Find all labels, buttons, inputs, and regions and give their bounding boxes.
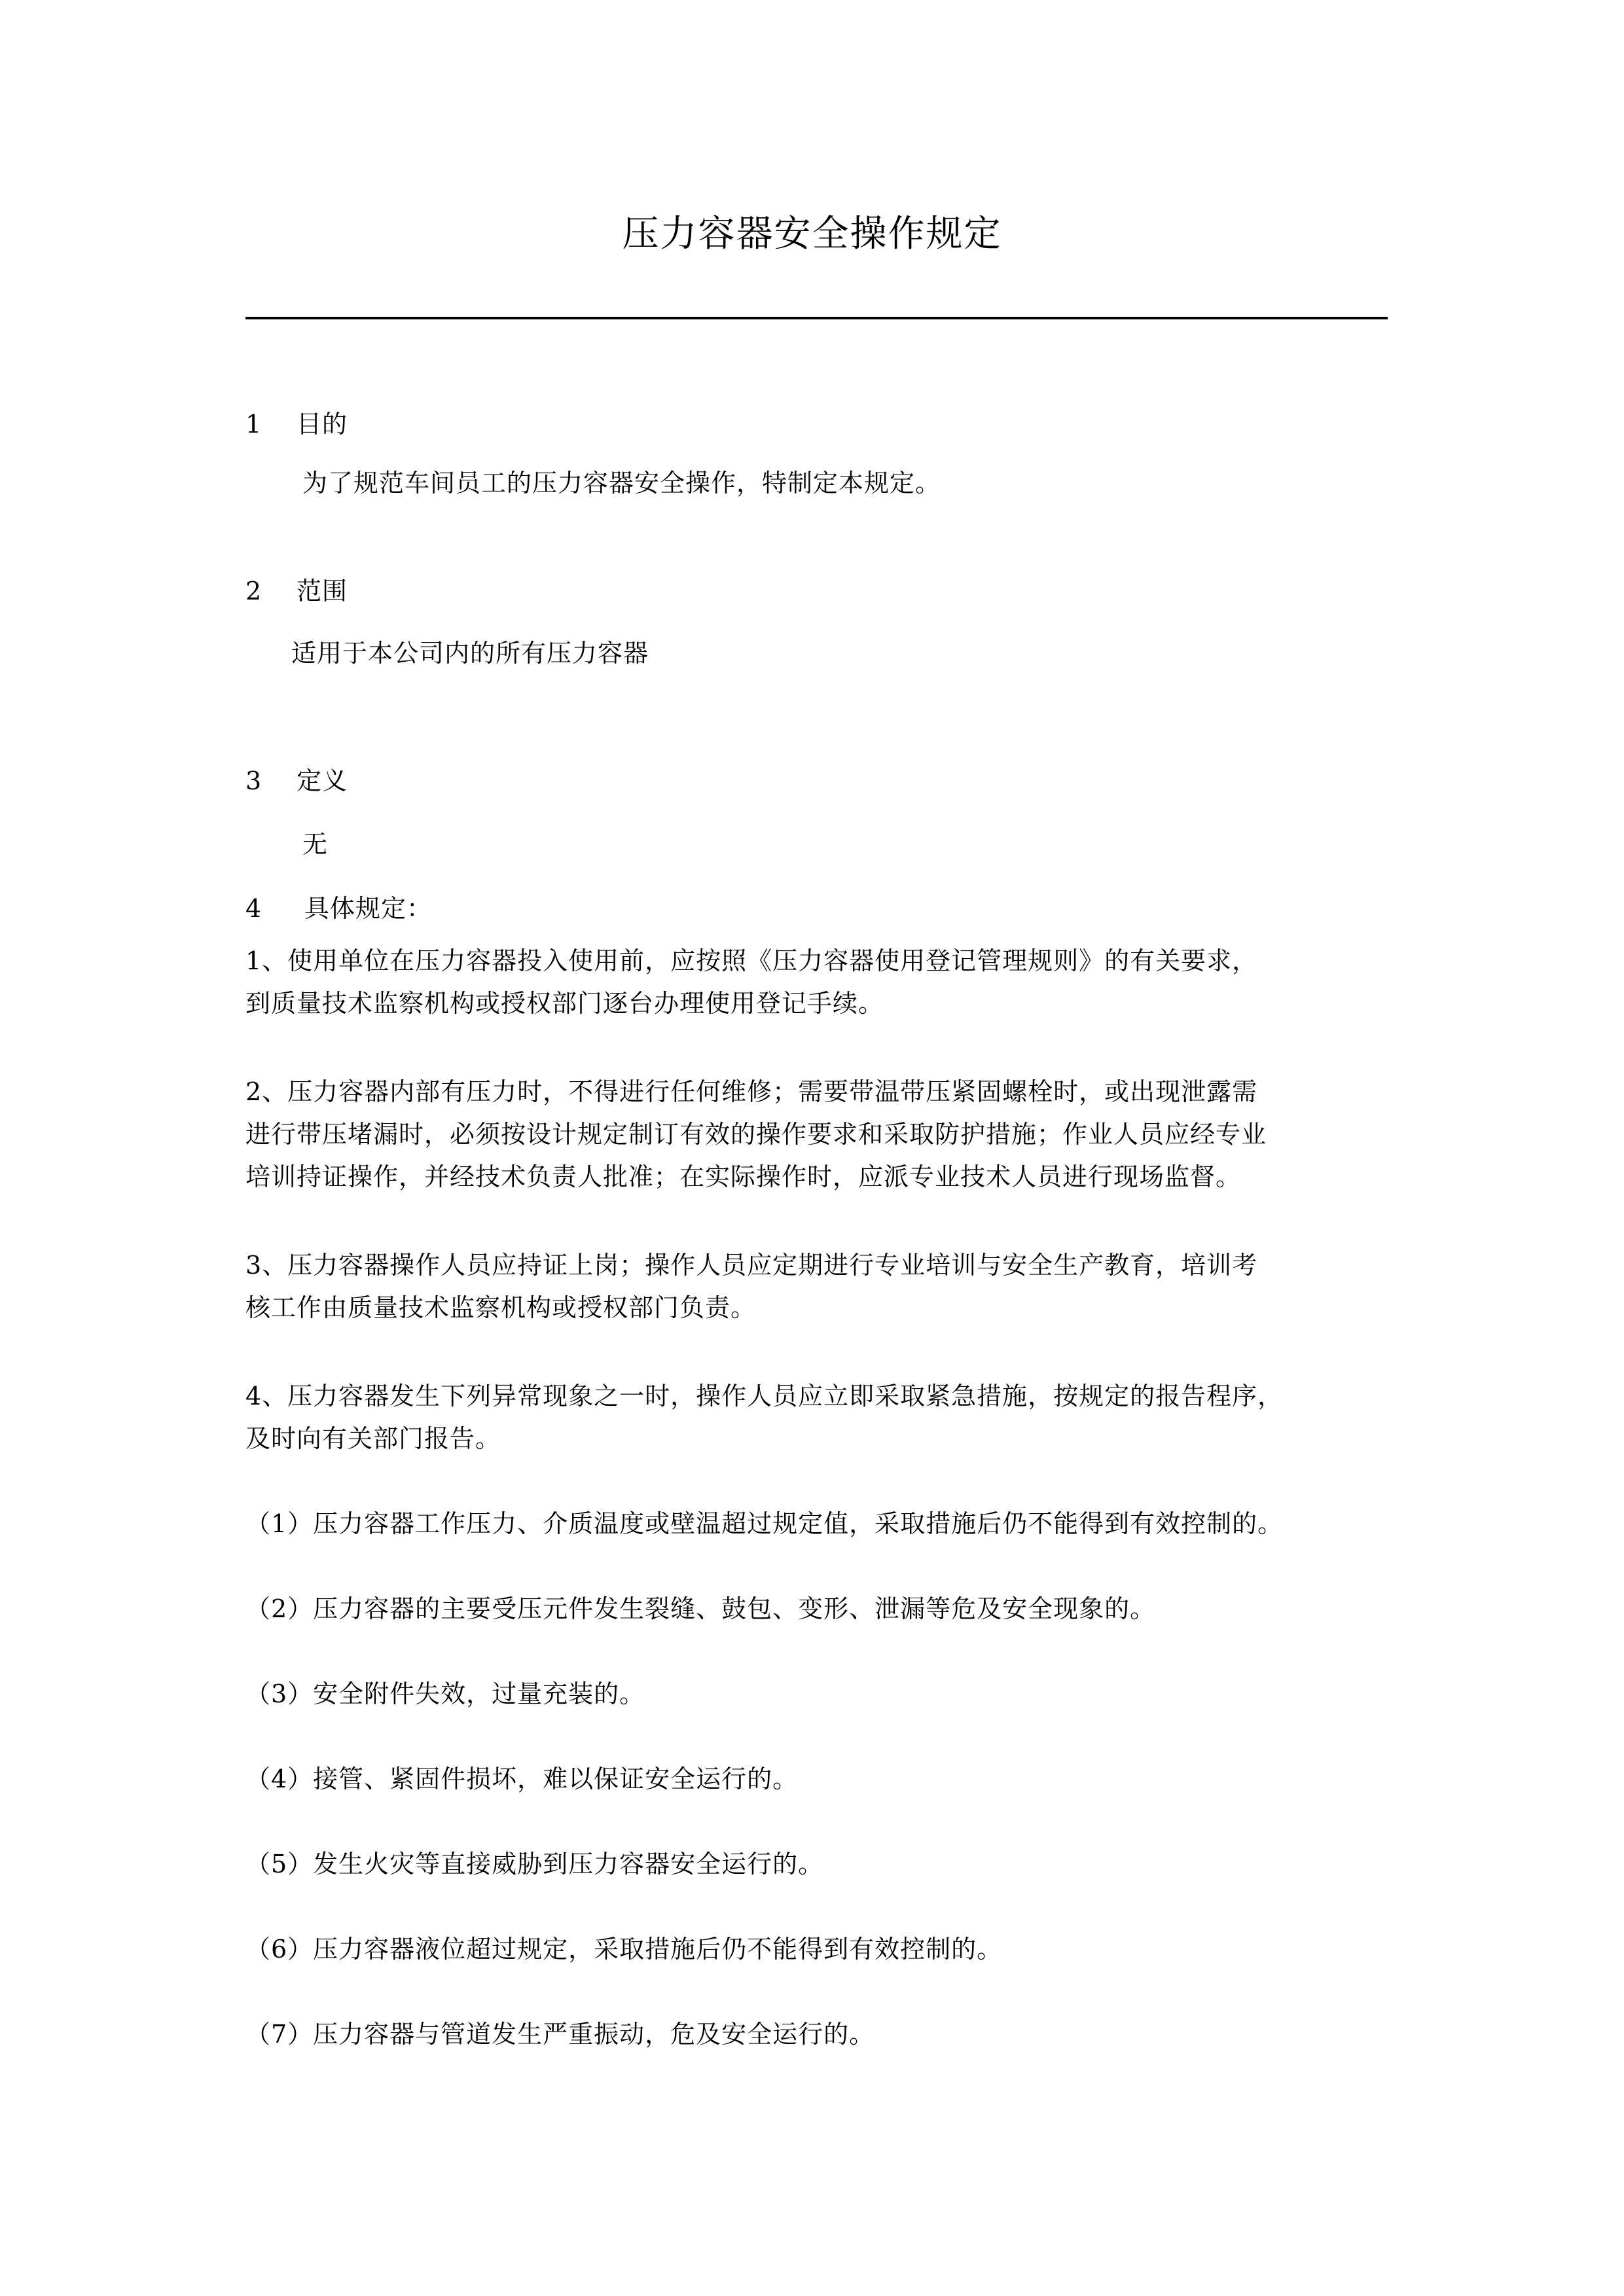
section-body-2: 适用于本公司内的所有压力容器 — [291, 635, 649, 672]
section-number: 1 — [245, 406, 297, 442]
title-divider — [245, 317, 1388, 319]
section-title: 目的 — [297, 410, 348, 439]
section-heading-2: 2范围 — [245, 573, 348, 609]
rule-3-line-2: 核工作由质量技术监察机构或授权部门负责。 — [245, 1289, 756, 1326]
section-title: 定义 — [297, 766, 348, 795]
section-title: 具体规定： — [304, 894, 432, 923]
rule-1-line-1: 1、使用单位在压力容器投入使用前，应按照《压力容器使用登记管理规则》的有关要求， — [245, 942, 1257, 979]
rule-3-line-1: 3、压力容器操作人员应持证上岗；操作人员应定期进行专业培训与安全生产教育，培训考 — [245, 1247, 1257, 1283]
abnormal-item-7: （7）压力容器与管道发生严重振动，危及安全运行的。 — [245, 2016, 875, 2053]
section-number: 3 — [245, 762, 297, 799]
abnormal-item-3: （3）安全附件失效，过量充装的。 — [245, 1676, 645, 1712]
rule-2-line-3: 培训持证操作，并经技术负责人批准；在实际操作时，应派专业技术人员进行现场监督。 — [245, 1158, 1241, 1195]
rule-2-line-1: 2、压力容器内部有压力时，不得进行任何维修；需要带温带压紧固螺栓时，或出现泄露需 — [245, 1073, 1257, 1110]
abnormal-item-6: （6）压力容器液位超过规定，采取措施后仍不能得到有效控制的。 — [245, 1931, 1002, 1967]
document-title: 压力容器安全操作规定 — [0, 208, 1624, 260]
section-body-3: 无 — [302, 826, 328, 863]
rule-4-line-1: 4、压力容器发生下列异常现象之一时，操作人员应立即采取紧急措施，按规定的报告程序… — [245, 1378, 1283, 1414]
section-number: 4 — [245, 890, 304, 927]
section-body-1: 为了规范车间员工的压力容器安全操作，特制定本规定。 — [302, 465, 941, 501]
abnormal-item-1: （1）压力容器工作压力、介质温度或壁温超过规定值，采取措施后仍不能得到有效控制的… — [245, 1505, 1283, 1542]
abnormal-item-2: （2）压力容器的主要受压元件发生裂缝、鼓包、变形、泄漏等危及安全现象的。 — [245, 1590, 1155, 1627]
rule-1-line-2: 到质量技术监察机构或授权部门逐台办理使用登记手续。 — [245, 985, 884, 1022]
rule-2-line-2: 进行带压堵漏时，必须按设计规定制订有效的操作要求和采取防护措施；作业人员应经专业 — [245, 1116, 1267, 1153]
section-number: 2 — [245, 573, 297, 609]
section-heading-4: 4具体规定： — [245, 890, 432, 927]
section-heading-3: 3定义 — [245, 762, 348, 799]
section-title: 范围 — [297, 577, 348, 605]
rule-4-line-2: 及时向有关部门报告。 — [245, 1420, 501, 1457]
abnormal-item-4: （4）接管、紧固件损坏，难以保证安全运行的。 — [245, 1761, 798, 1797]
abnormal-item-5: （5）发生火灾等直接威胁到压力容器安全运行的。 — [245, 1846, 823, 1882]
section-heading-1: 1目的 — [245, 406, 348, 442]
